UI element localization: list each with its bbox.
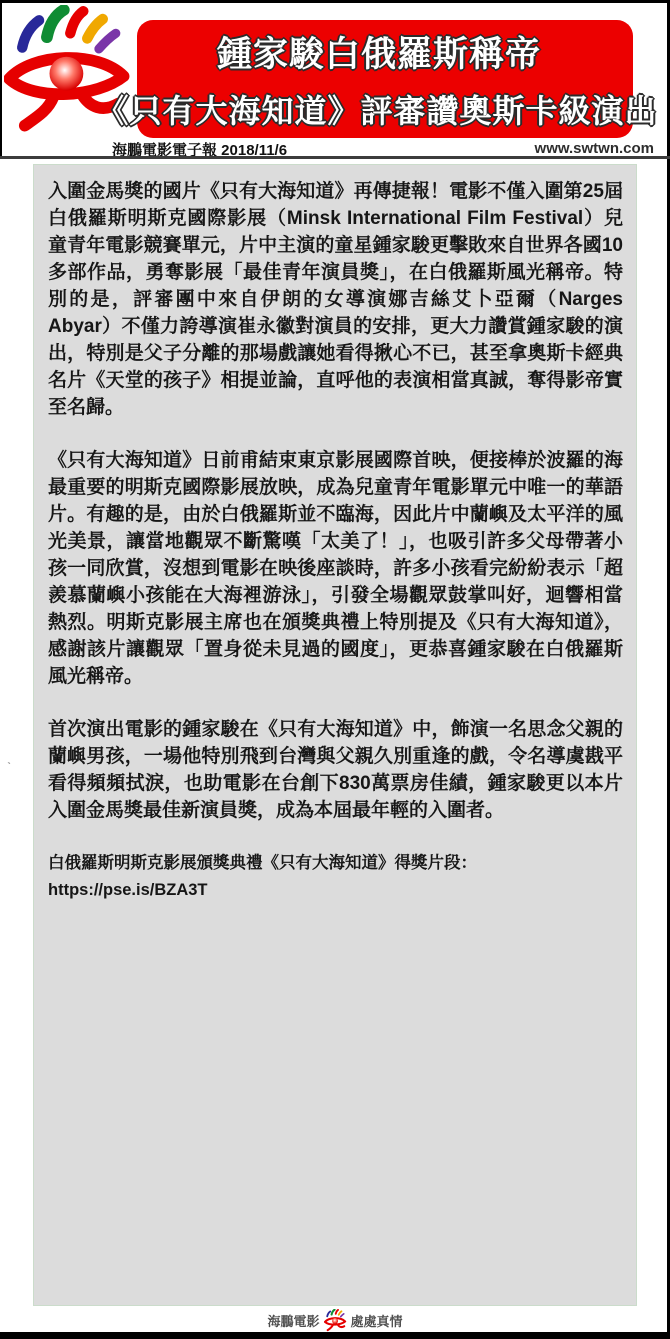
newsletter-page: 鍾家駿白俄羅斯稱帝 《只有大海知道》評審讚奧斯卡級演出 海鵬電影電子報 2018… (0, 0, 670, 1339)
paragraph-2: 《只有大海知道》日前甫結束東京影展國際首映，便接棒於波羅的海最重要的明斯克國際影… (48, 447, 623, 690)
footer-slogan-prefix: 海鵬電影 (267, 1311, 319, 1330)
header-divider (0, 156, 670, 159)
website-url: www.swtwn.com (535, 140, 654, 157)
stray-mark: ˋ (7, 760, 11, 774)
frame-border-bottom (0, 1332, 670, 1339)
frame-border-top (0, 0, 670, 3)
paragraph-1: 入圍金馬獎的國片《只有大海知道》再傳捷報！電影不僅入圍第25屆白俄羅斯明斯克國際… (48, 178, 623, 421)
eye-running-figure-mini-logo (324, 1309, 347, 1332)
award-clip-label: 白俄羅斯明斯克影展頒獎典禮《只有大海知道》得獎片段： (48, 854, 477, 872)
footer-slogan-suffix: 處處真情 (351, 1311, 403, 1330)
frame-border-left (0, 0, 2, 158)
headline-banner: 鍾家駿白俄羅斯稱帝 《只有大海知道》評審讚奧斯卡級演出 (137, 20, 633, 138)
headline-line2: 《只有大海知道》評審讚奧斯卡級演出 (97, 86, 658, 132)
paragraph-3: 首次演出電影的鍾家駿在《只有大海知道》中，飾演一名思念父親的蘭嶼男孩，一場他特別… (48, 716, 623, 824)
footer-slogan: 海鵬電影 處處真情 (0, 1308, 670, 1332)
award-clip-url[interactable]: https://pse.is/BZA3T (48, 881, 208, 899)
article-body: 入圍金馬獎的國片《只有大海知道》再傳捷報！電影不僅入圍第25屆白俄羅斯明斯克國際… (33, 164, 637, 1306)
headline-line1: 鍾家駿白俄羅斯稱帝 (217, 27, 541, 77)
paragraph-award-clip: 白俄羅斯明斯克影展頒獎典禮《只有大海知道》得獎片段： https://pse.i… (48, 850, 623, 904)
